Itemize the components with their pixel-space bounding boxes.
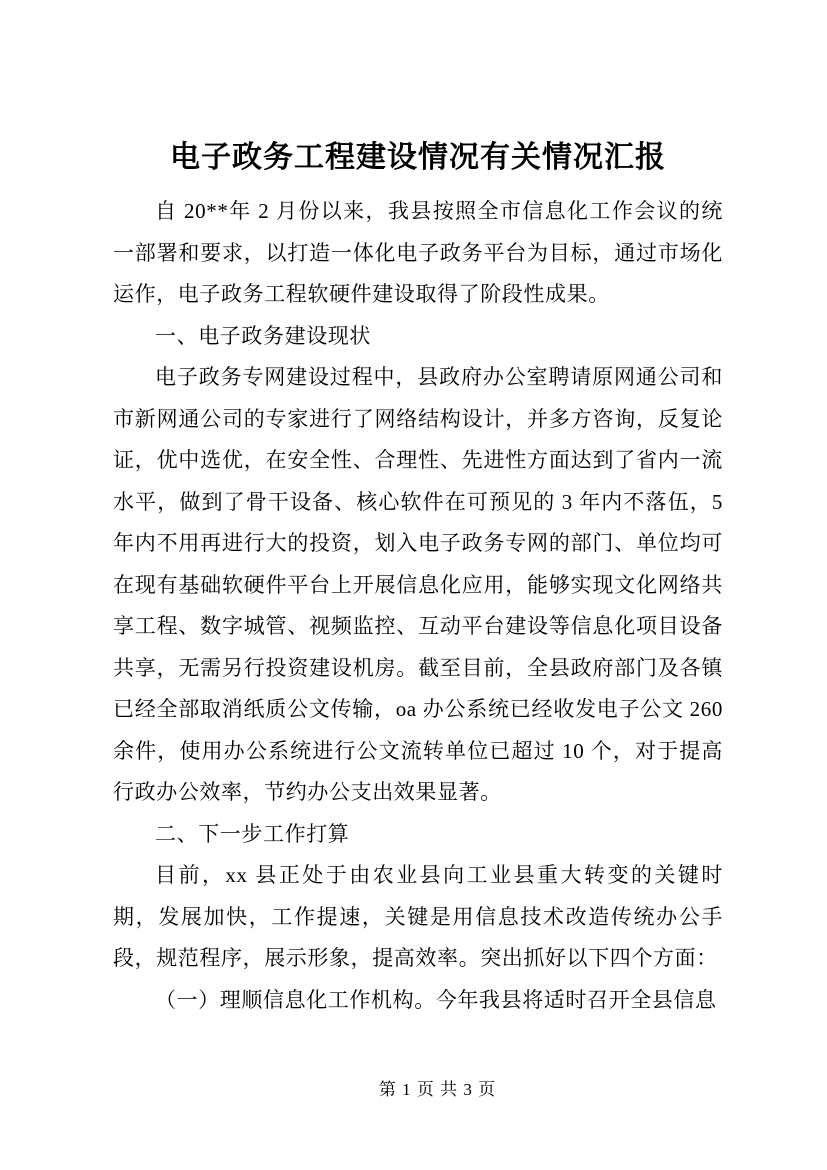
document-title: 电子政务工程建设情况有关情况汇报 (113, 134, 723, 182)
paragraph-section-1: 电子政务专网建设过程中，县政府办公室聘请原网通公司和市新网通公司的专家进行了网络… (113, 357, 723, 814)
document-body: 自 20**年 2 月份以来，我县按照全市信息化工作会议的统一部署和要求，以打造… (113, 191, 723, 1021)
paragraph-section-2: 目前，xx 县正处于由农业县向工业县重大转变的关键时期，发展加快，工作提速，关键… (113, 855, 723, 980)
section-heading-2: 二、下一步工作打算 (113, 814, 723, 856)
paragraph-subsection-1: （一）理顺信息化工作机构。今年我县将适时召开全县信息 (113, 980, 723, 1022)
document-page: 电子政务工程建设情况有关情况汇报 自 20**年 2 月份以来，我县按照全市信息… (0, 0, 827, 1170)
page-number-indicator: 第 1 页 共 3 页 (48, 1078, 827, 1102)
section-heading-1: 一、电子政务建设现状 (113, 316, 723, 358)
paragraph-intro: 自 20**年 2 月份以来，我县按照全市信息化工作会议的统一部署和要求，以打造… (113, 191, 723, 316)
